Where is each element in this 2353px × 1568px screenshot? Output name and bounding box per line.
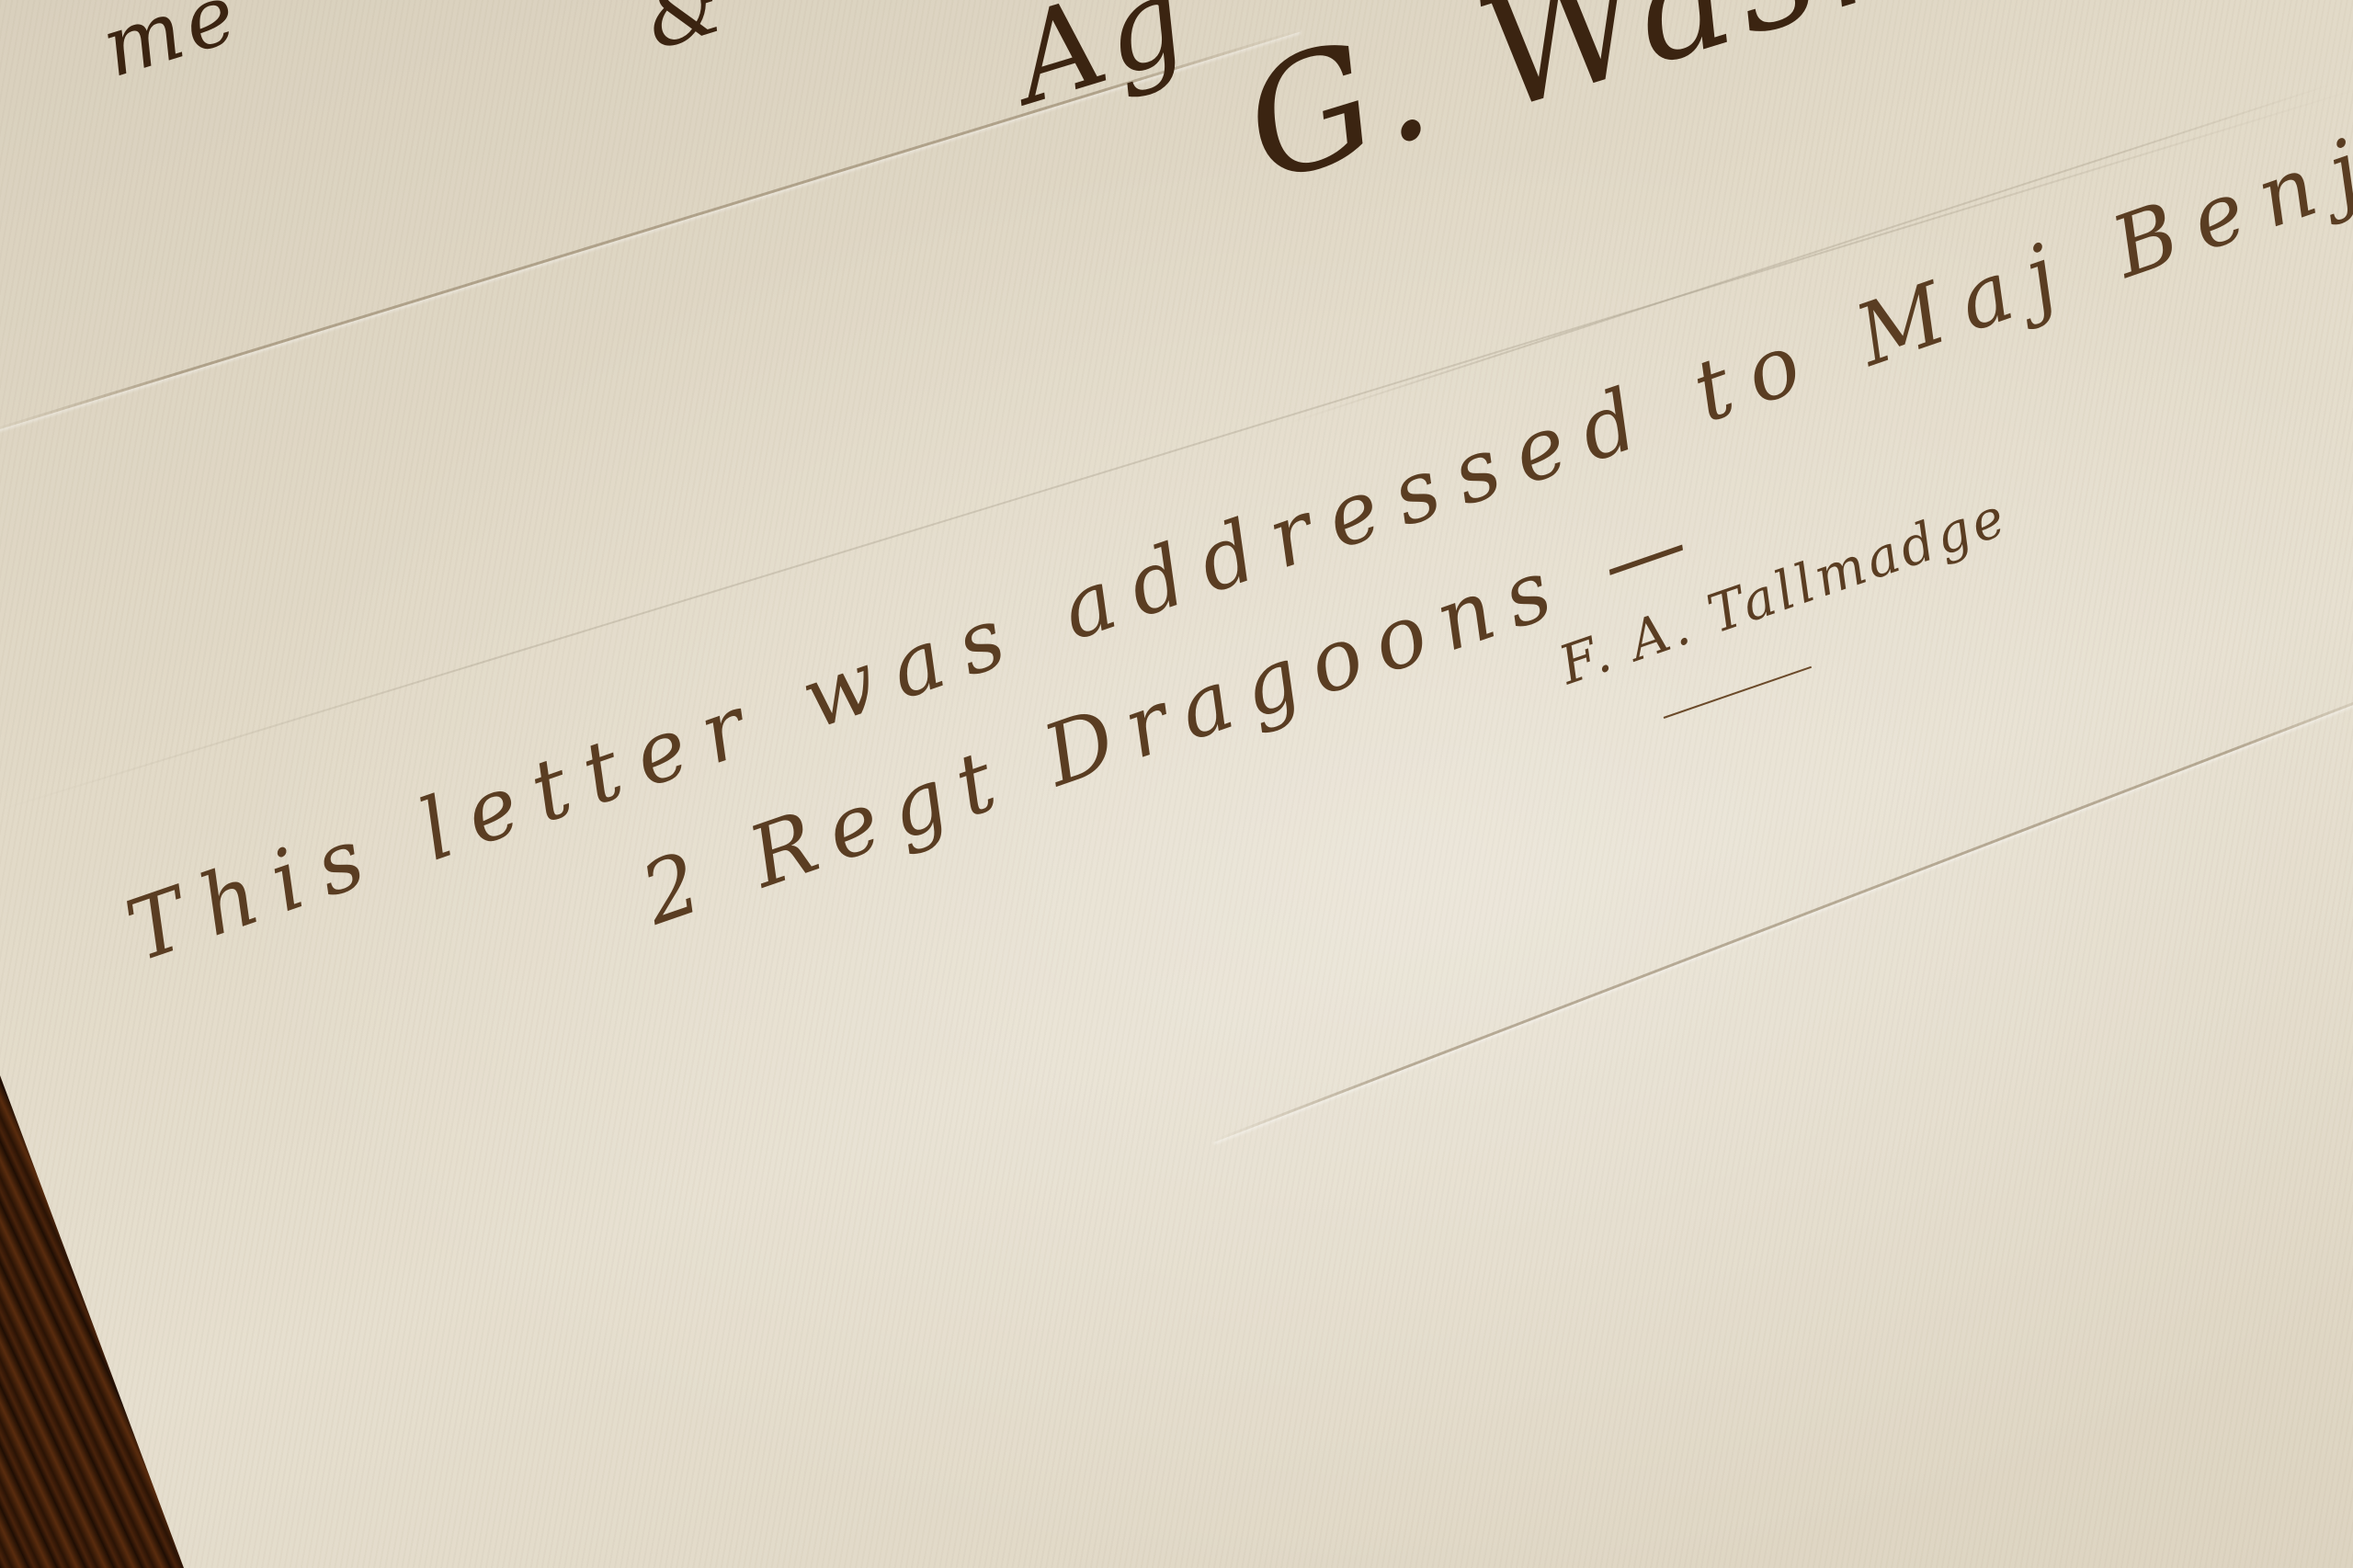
partial-word-2: & bbox=[633, 0, 737, 69]
fold-crease-lower bbox=[1212, 678, 2353, 1142]
photo-stage: me & Ag G. Washington This letter was ad… bbox=[0, 0, 2353, 1568]
partial-word-1: me bbox=[91, 0, 252, 97]
paper-sheet: me & Ag G. Washington This letter was ad… bbox=[0, 0, 2353, 1568]
signature-underline bbox=[1664, 666, 1812, 719]
